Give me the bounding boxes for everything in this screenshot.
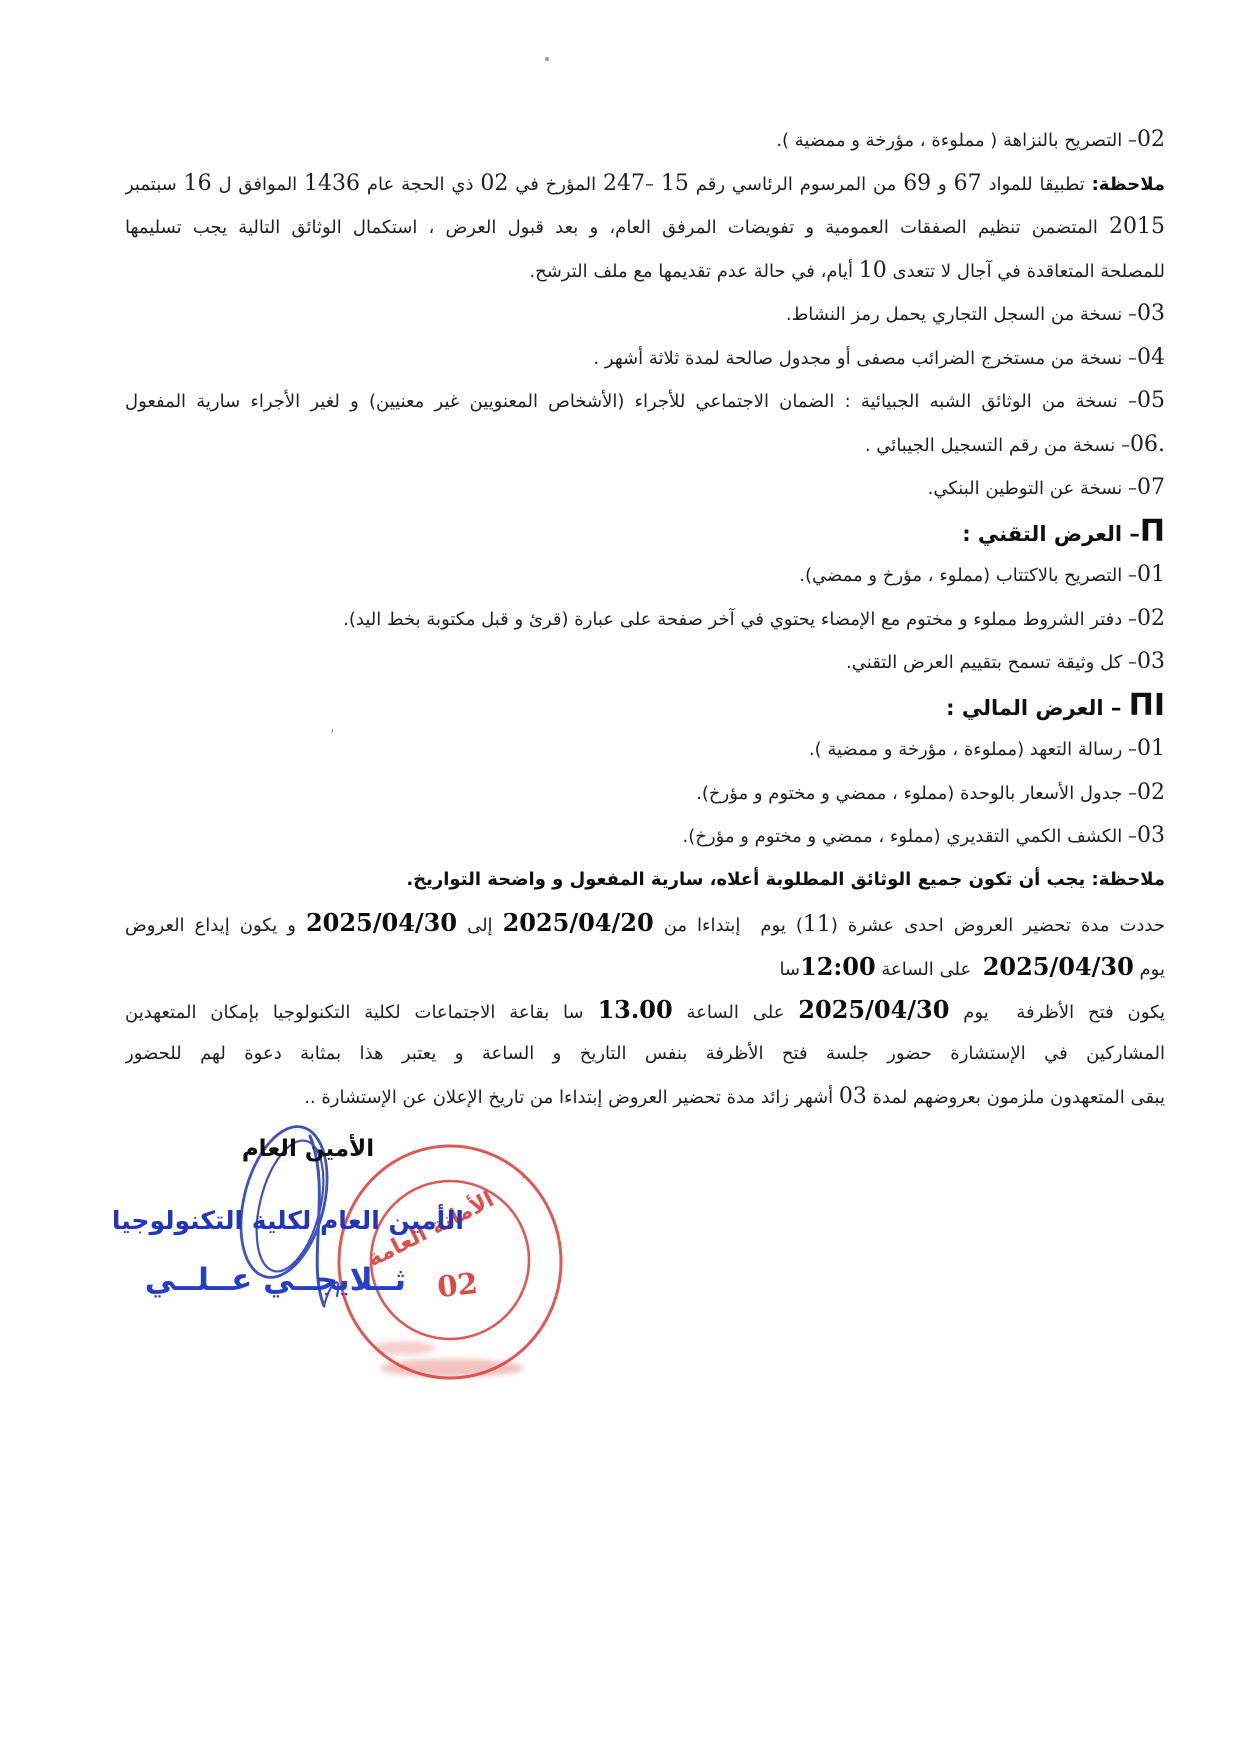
doc-text-segment: 13.00 — [597, 995, 672, 1024]
doc-text-segment: 2025/04/30 — [306, 908, 457, 937]
doc-text-segment: 16 — [184, 171, 212, 196]
doc-text-segment: للمصلحة المتعاقدة في آجال لا تتعدى — [887, 261, 1165, 282]
doc-text-segment: 02 — [1137, 780, 1165, 805]
doc-text-segment: المشاركين في الإستشارة حضور جلسة فتح الأ… — [125, 1043, 1165, 1064]
doc-text-segment: – دفتر الشروط مملوء و مختوم مع الإمضاء ي… — [343, 609, 1137, 630]
doc-line: 03– الكشف الكمي التقديري (مملوء ، ممضي و… — [125, 814, 1165, 858]
doc-line: ملاحظة: تطبيقا للمواد 67 و 69 من المرسوم… — [125, 162, 1165, 206]
stamp-ring-top-text: جامعة ٭ وزارة التعليم العالي والبحث العل… — [0, 0, 10, 5]
ink-speck: ’ — [330, 728, 334, 744]
svg-text:جامعة ٭ وزارة التعليم العالي و: جامعة ٭ وزارة التعليم العالي والبحث العل… — [0, 0, 10, 5]
ink-speck — [545, 57, 549, 61]
doc-text-segment: سا — [779, 959, 800, 980]
doc-text-segment: – نسخة من رقم التسجيل الجيبائي . — [865, 435, 1130, 456]
doc-line: Π– العرض التقني : — [125, 510, 1165, 554]
stamp-ink-smudge-2 — [372, 1341, 436, 1355]
doc-text-segment: يكون فتح الأظرفة يوم — [949, 1002, 1165, 1023]
doc-text-segment: 03 — [839, 1084, 867, 1109]
doc-text-segment: – — [645, 174, 661, 195]
doc-line: للمصلحة المتعاقدة في آجال لا تتعدى 10 أي… — [125, 249, 1165, 293]
doc-text-segment: 15 — [661, 171, 689, 196]
doc-text-segment: 02 — [480, 171, 508, 196]
doc-text-segment: أشهر زائد مدة تحضير العروض إبتداءا من تا… — [304, 1087, 839, 1108]
doc-line: .06– نسخة من رقم التسجيل الجيبائي . — [125, 423, 1165, 467]
document-body: 02– التصريح بالنزاهة ( مملوءة ، مؤرخة و … — [125, 118, 1165, 1119]
stamp-inner-ring — [371, 1181, 529, 1339]
doc-text-segment: المؤرخ في — [508, 174, 603, 195]
doc-text-segment: ذي الحجة عام — [360, 174, 480, 195]
doc-text-segment: حددت مدة تحضير العروض احدى عشرة ( — [831, 915, 1165, 936]
doc-line: يبقى المتعهدون ملزمون بعروضهم لمدة 03 أش… — [125, 1075, 1165, 1119]
doc-line: 02– جدول الأسعار بالوحدة (مملوء ، ممضي و… — [125, 771, 1165, 815]
doc-text-segment: 247 — [603, 171, 645, 196]
doc-text-segment: الموافق ل — [212, 174, 304, 195]
doc-line: المشاركين في الإستشارة حضور جلسة فتح الأ… — [125, 1032, 1165, 1076]
doc-text-segment: 12:00 — [800, 952, 876, 981]
doc-text-segment: من المرسوم الرئاسي رقم — [689, 174, 903, 195]
doc-text-segment: – نسخة عن التوطين البنكي. — [928, 478, 1137, 499]
doc-line: 04– نسخة من مستخرج الضرائب مصفى أو مجدول… — [125, 336, 1165, 380]
doc-line: ΠI – العرض المالي : — [125, 684, 1165, 728]
doc-text-segment: – نسخة من السجل التجاري يحمل رمز النشاط. — [786, 304, 1137, 325]
doc-line: 03– كل وثيقة تسمح بتقييم العرض التقني. — [125, 640, 1165, 684]
doc-text-segment: 2025/04/30 — [798, 995, 949, 1024]
doc-text-segment: إلى — [457, 915, 503, 936]
scanned-document-page: 02– التصريح بالنزاهة ( مملوءة ، مؤرخة و … — [0, 0, 1240, 1754]
ink-speck: ’ — [521, 1174, 525, 1190]
doc-text-segment: يوم — [1134, 959, 1165, 980]
doc-text-segment: تطبيقا للمواد — [982, 174, 1092, 195]
doc-text-segment: – العرض التقني : — [962, 522, 1140, 546]
page: { "colors": { "stamp_red": "#d8423c", "p… — [0, 0, 1240, 1754]
stamp-ring-bottom-text: ٭ كلية التكنولوجيا ٭ — [0, 0, 5, 4]
doc-line: 01– رسالة التعهد (مملوءة ، مؤرخة و ممضية… — [125, 727, 1165, 771]
stamp-inner-number: 02 — [436, 1266, 480, 1304]
doc-text-segment: 67 — [954, 171, 982, 196]
handwritten-role: الأمين العام لكلية التكنولوجيا — [112, 1206, 464, 1235]
doc-text-segment: – التصريح بالاكتتاب (مملوء ، مؤرخ و ممضي… — [799, 565, 1137, 586]
doc-text-segment: – رسالة التعهد (مملوءة ، مؤرخة و ممضية )… — [809, 739, 1137, 760]
doc-text-segment: ΠI — [1129, 688, 1165, 723]
doc-line: ملاحظة: يجب أن تكون جميع الوثائق المطلوب… — [125, 858, 1165, 902]
doc-text-segment: .06 — [1130, 432, 1165, 457]
doc-line: يكون فتح الأظرفة يوم 2025/04/30 على السا… — [125, 988, 1165, 1032]
stamp-ink-smudge — [380, 1359, 524, 1377]
doc-text-segment: Π — [1140, 514, 1165, 549]
doc-text-segment: 02 — [1137, 606, 1165, 631]
doc-text-segment: – نسخة من الوثائق الشبه الجبيائية : الضم… — [125, 391, 1137, 412]
doc-text-segment: – الكشف الكمي التقديري (مملوء ، ممضي و م… — [683, 826, 1137, 847]
doc-line: 2015 المتضمن تنظيم الصفقات العمومية و تف… — [125, 205, 1165, 249]
secretary-general-title: الأمين العام — [228, 1136, 388, 1162]
doc-text-segment: 01 — [1137, 736, 1165, 761]
doc-line: 02– دفتر الشروط مملوء و مختوم مع الإمضاء… — [125, 597, 1165, 641]
doc-text-segment: 03 — [1137, 301, 1165, 326]
doc-text-segment: سا بقاعة الاجتماعات لكلية التكنولوجيا بإ… — [125, 1002, 597, 1023]
doc-text-segment: 07 — [1137, 475, 1165, 500]
doc-text-segment: سبتمبر — [125, 174, 184, 195]
doc-text-segment: 1436 — [304, 171, 360, 196]
doc-text-segment: 04 — [1137, 345, 1165, 370]
doc-line: حددت مدة تحضير العروض احدى عشرة (11) يوم… — [125, 901, 1165, 945]
doc-text-segment: يبقى المتعهدون ملزمون بعروضهم لمدة — [867, 1087, 1165, 1108]
doc-text-segment: على الساعة — [876, 959, 983, 980]
doc-text-segment: 11 — [803, 912, 831, 937]
doc-line: 01– التصريح بالاكتتاب (مملوء ، مؤرخ و مم… — [125, 553, 1165, 597]
doc-text-segment: على الساعة — [673, 1002, 799, 1023]
doc-line: يوم 2025/04/30 على الساعة 12:00سا — [125, 945, 1165, 989]
doc-text-segment: 69 — [903, 171, 931, 196]
doc-text-segment: 03 — [1137, 823, 1165, 848]
doc-text-segment: 03 — [1137, 649, 1165, 674]
svg-text:٭ كلية التكنولوجيا ٭: ٭ كلية التكنولوجيا ٭ — [0, 0, 5, 4]
doc-line: 03– نسخة من السجل التجاري يحمل رمز النشا… — [125, 292, 1165, 336]
doc-text-segment: 2025/04/30 — [983, 952, 1134, 981]
doc-text-segment: المتضمن تنظيم الصفقات العمومية و تفويضات… — [125, 217, 1109, 238]
doc-text-segment: – جدول الأسعار بالوحدة (مملوء ، ممضي و م… — [696, 783, 1137, 804]
doc-text-segment: 01 — [1137, 562, 1165, 587]
doc-line: 02– التصريح بالنزاهة ( مملوءة ، مؤرخة و … — [125, 118, 1165, 162]
doc-text-segment: أيام، في حالة عدم تقديمها مع ملف الترشح. — [529, 261, 858, 282]
doc-text-segment: 05 — [1137, 388, 1165, 413]
doc-line: 05– نسخة من الوثائق الشبه الجبيائية : ال… — [125, 379, 1165, 423]
doc-text-segment: و — [931, 174, 953, 195]
doc-text-segment: ملاحظة: — [1092, 174, 1165, 195]
doc-text-segment: و يكون إيداع العروض — [125, 915, 306, 936]
doc-text-segment: 2015 — [1109, 214, 1165, 239]
doc-text-segment: – نسخة من مستخرج الضرائب مصفى أو مجدول ص… — [593, 348, 1137, 369]
doc-text-segment: 2025/04/20 — [503, 908, 654, 937]
doc-text-segment: – العرض المالي : — [946, 696, 1129, 720]
doc-text-segment: ) يوم إبتداءا من — [654, 915, 803, 936]
handwritten-name: ثــلايجــي عــلــي — [145, 1262, 406, 1298]
doc-text-segment: 10 — [859, 258, 887, 283]
doc-text-segment: 02 — [1137, 127, 1165, 152]
doc-text-segment: ملاحظة: يجب أن تكون جميع الوثائق المطلوب… — [406, 869, 1165, 890]
doc-text-segment: – كل وثيقة تسمح بتقييم العرض التقني. — [846, 652, 1137, 673]
doc-line: 07– نسخة عن التوطين البنكي. — [125, 466, 1165, 510]
doc-text-segment: – التصريح بالنزاهة ( مملوءة ، مؤرخة و مم… — [776, 130, 1137, 151]
